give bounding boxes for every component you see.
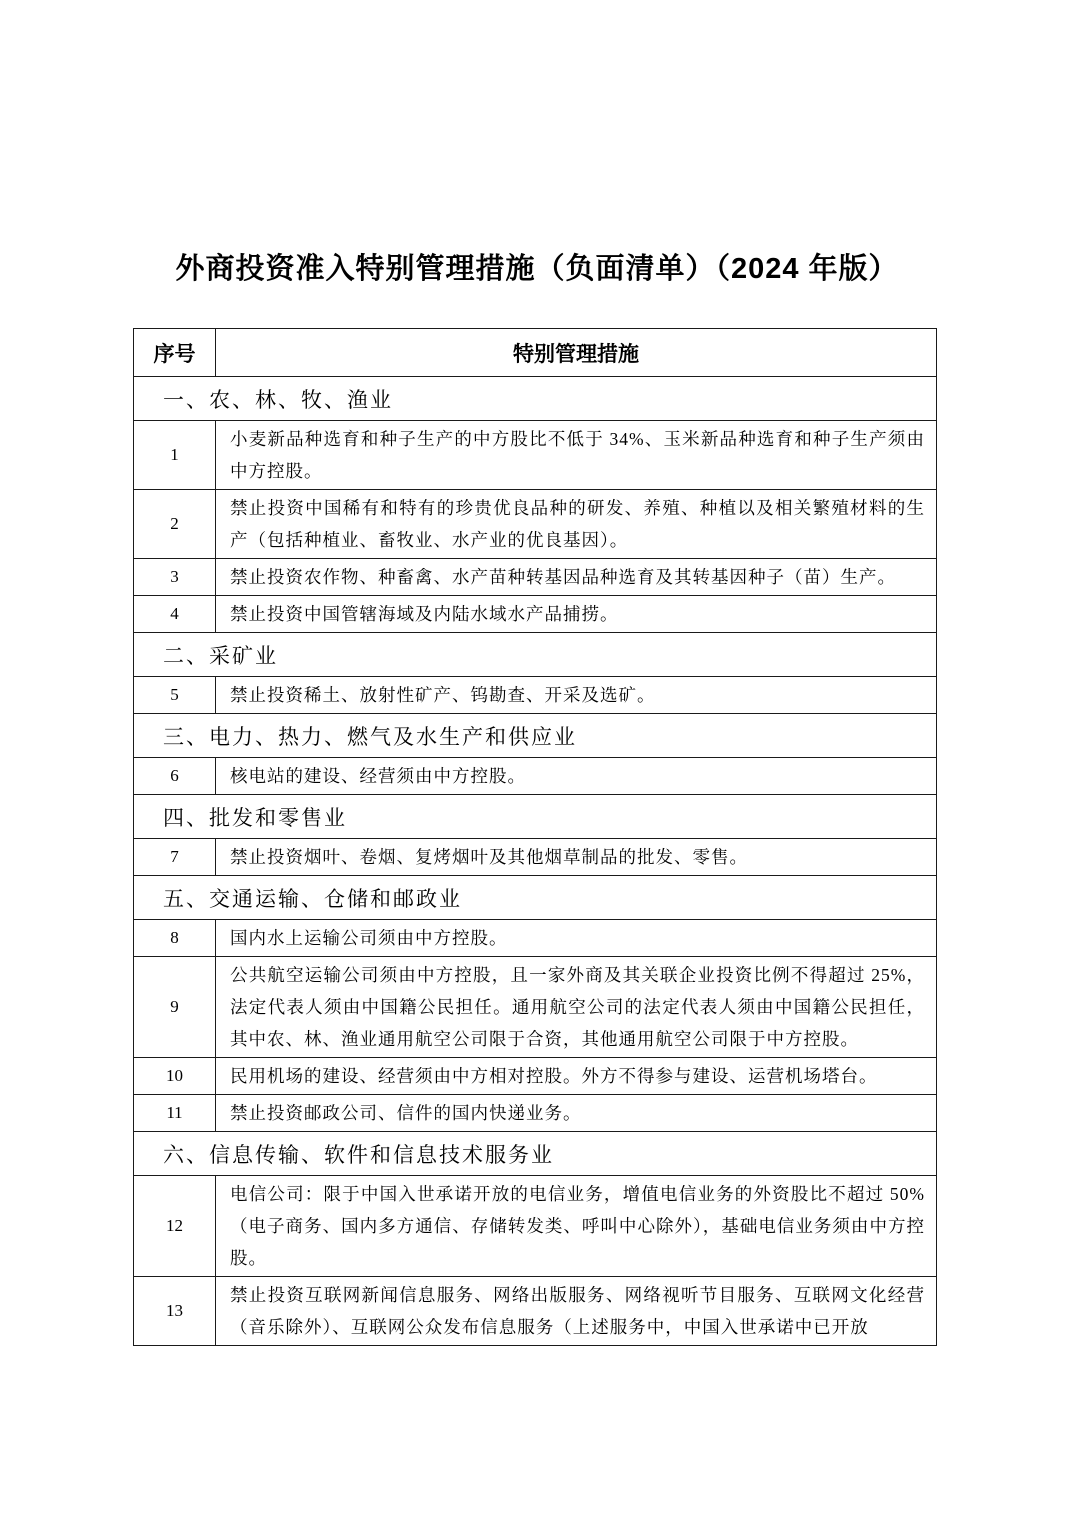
measure-text: 小麦新品种选育和种子生产的中方股比不低于 34%、玉米新品种选育和种子生产须由中… bbox=[216, 421, 937, 490]
measure-row: 1小麦新品种选育和种子生产的中方股比不低于 34%、玉米新品种选育和种子生产须由… bbox=[134, 421, 937, 490]
measure-row: 5禁止投资稀土、放射性矿产、钨勘查、开采及选矿。 bbox=[134, 677, 937, 714]
row-number: 12 bbox=[134, 1176, 216, 1277]
row-number: 8 bbox=[134, 920, 216, 957]
page-title: 外商投资准入特别管理措施（负面清单）（2024 年版） bbox=[0, 0, 1074, 287]
section-row: 二、采矿业 bbox=[134, 633, 937, 677]
measure-text: 电信公司：限于中国入世承诺开放的电信业务，增值电信业务的外资股比不超过 50%（… bbox=[216, 1176, 937, 1277]
measure-text: 禁止投资农作物、种畜禽、水产苗种转基因品种选育及其转基因种子（苗）生产。 bbox=[216, 559, 937, 596]
row-number: 6 bbox=[134, 758, 216, 795]
measure-row: 7禁止投资烟叶、卷烟、复烤烟叶及其他烟草制品的批发、零售。 bbox=[134, 839, 937, 876]
row-number: 13 bbox=[134, 1277, 216, 1346]
header-cell-index: 序号 bbox=[134, 329, 216, 377]
measure-row: 13禁止投资互联网新闻信息服务、网络出版服务、网络视听节目服务、互联网文化经营（… bbox=[134, 1277, 937, 1346]
section-row: 一、农、林、牧、渔业 bbox=[134, 377, 937, 421]
section-row: 六、信息传输、软件和信息技术服务业 bbox=[134, 1132, 937, 1176]
measure-row: 11禁止投资邮政公司、信件的国内快递业务。 bbox=[134, 1095, 937, 1132]
measure-text: 民用机场的建设、经营须由中方相对控股。外方不得参与建设、运营机场塔台。 bbox=[216, 1058, 937, 1095]
measure-row: 12电信公司：限于中国入世承诺开放的电信业务，增值电信业务的外资股比不超过 50… bbox=[134, 1176, 937, 1277]
row-number: 2 bbox=[134, 490, 216, 559]
measure-row: 8国内水上运输公司须由中方控股。 bbox=[134, 920, 937, 957]
measure-text: 禁止投资稀土、放射性矿产、钨勘查、开采及选矿。 bbox=[216, 677, 937, 714]
section-row: 五、交通运输、仓储和邮政业 bbox=[134, 876, 937, 920]
row-number: 5 bbox=[134, 677, 216, 714]
table-header-row: 序号 特别管理措施 bbox=[134, 329, 937, 377]
measure-row: 4禁止投资中国管辖海域及内陆水域水产品捕捞。 bbox=[134, 596, 937, 633]
document-page: 外商投资准入特别管理措施（负面清单）（2024 年版） 序号 特别管理措施 一、… bbox=[0, 0, 1074, 1520]
row-number: 3 bbox=[134, 559, 216, 596]
measure-text: 公共航空运输公司须由中方控股，且一家外商及其关联企业投资比例不得超过 25%，法… bbox=[216, 957, 937, 1058]
measure-row: 10民用机场的建设、经营须由中方相对控股。外方不得参与建设、运营机场塔台。 bbox=[134, 1058, 937, 1095]
measure-text: 国内水上运输公司须由中方控股。 bbox=[216, 920, 937, 957]
section-row: 三、电力、热力、燃气及水生产和供应业 bbox=[134, 714, 937, 758]
row-number: 10 bbox=[134, 1058, 216, 1095]
measure-row: 9公共航空运输公司须由中方控股，且一家外商及其关联企业投资比例不得超过 25%，… bbox=[134, 957, 937, 1058]
section-label: 二、采矿业 bbox=[134, 633, 937, 677]
header-cell-measure: 特别管理措施 bbox=[216, 329, 937, 377]
section-label: 四、批发和零售业 bbox=[134, 795, 937, 839]
row-number: 7 bbox=[134, 839, 216, 876]
measure-row: 6核电站的建设、经营须由中方控股。 bbox=[134, 758, 937, 795]
row-number: 4 bbox=[134, 596, 216, 633]
row-number: 1 bbox=[134, 421, 216, 490]
table-body: 一、农、林、牧、渔业1小麦新品种选育和种子生产的中方股比不低于 34%、玉米新品… bbox=[134, 377, 937, 1346]
measure-row: 2禁止投资中国稀有和特有的珍贵优良品种的研发、养殖、种植以及相关繁殖材料的生产（… bbox=[134, 490, 937, 559]
measure-text: 禁止投资中国稀有和特有的珍贵优良品种的研发、养殖、种植以及相关繁殖材料的生产（包… bbox=[216, 490, 937, 559]
section-row: 四、批发和零售业 bbox=[134, 795, 937, 839]
measure-text: 禁止投资中国管辖海域及内陆水域水产品捕捞。 bbox=[216, 596, 937, 633]
section-label: 五、交通运输、仓储和邮政业 bbox=[134, 876, 937, 920]
section-label: 一、农、林、牧、渔业 bbox=[134, 377, 937, 421]
section-label: 三、电力、热力、燃气及水生产和供应业 bbox=[134, 714, 937, 758]
measure-text: 禁止投资邮政公司、信件的国内快递业务。 bbox=[216, 1095, 937, 1132]
section-label: 六、信息传输、软件和信息技术服务业 bbox=[134, 1132, 937, 1176]
row-number: 11 bbox=[134, 1095, 216, 1132]
measure-row: 3禁止投资农作物、种畜禽、水产苗种转基因品种选育及其转基因种子（苗）生产。 bbox=[134, 559, 937, 596]
measure-text: 禁止投资烟叶、卷烟、复烤烟叶及其他烟草制品的批发、零售。 bbox=[216, 839, 937, 876]
measure-text: 禁止投资互联网新闻信息服务、网络出版服务、网络视听节目服务、互联网文化经营（音乐… bbox=[216, 1277, 937, 1346]
table-head: 序号 特别管理措施 bbox=[134, 329, 937, 377]
measure-text: 核电站的建设、经营须由中方控股。 bbox=[216, 758, 937, 795]
row-number: 9 bbox=[134, 957, 216, 1058]
negative-list-table: 序号 特别管理措施 一、农、林、牧、渔业1小麦新品种选育和种子生产的中方股比不低… bbox=[133, 328, 937, 1346]
